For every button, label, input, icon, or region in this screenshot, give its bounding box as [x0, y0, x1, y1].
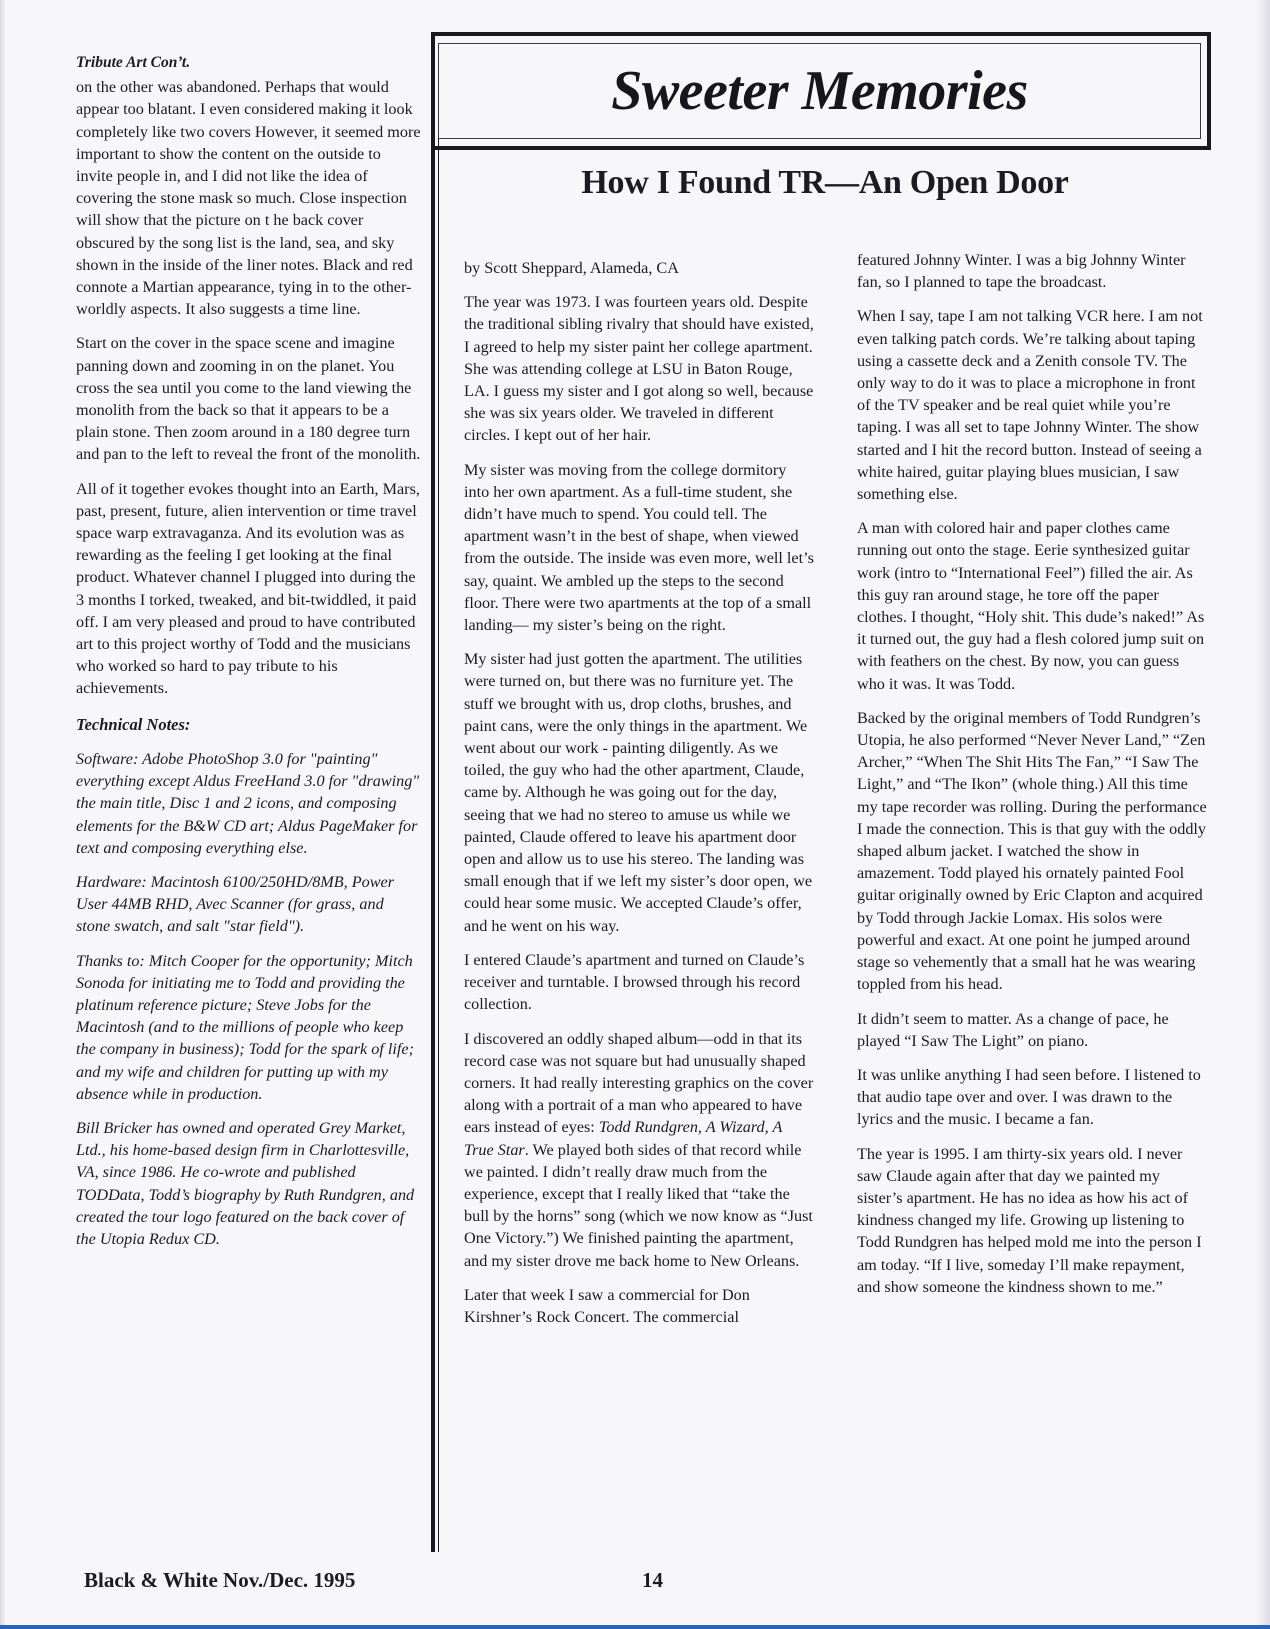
left-paragraph: Start on the cover in the space scene an… [76, 332, 421, 465]
album-text-after: . We played both sides of that record wh… [464, 1141, 813, 1270]
continued-kicker: Tribute Art Con’t. [76, 52, 421, 74]
byline: by Scott Sheppard, Alameda, CA [464, 257, 814, 279]
article-paragraph: The year is 1995. I am thirty-six years … [857, 1143, 1207, 1298]
frame-rule-thin [438, 46, 439, 1552]
left-paragraph: All of it together evokes thought into a… [76, 478, 421, 700]
article-paragraph: It didn’t seem to matter. As a change of… [857, 1008, 1207, 1052]
article-paragraph: The year was 1973. I was fourteen years … [464, 291, 814, 446]
page-edge-right [1256, 0, 1270, 1629]
section-title-inner: Sweeter Memories [438, 43, 1201, 139]
article-title: How I Found TR—An Open Door [440, 164, 1210, 202]
bottom-edge-strip [0, 1625, 1270, 1629]
section-title-box: Sweeter Memories [431, 32, 1211, 150]
page-edge-left [0, 0, 6, 1629]
left-paragraph: on the other was abandoned. Perhaps that… [76, 76, 421, 320]
article-paragraph: I entered Claude’s apartment and turned … [464, 949, 814, 1016]
article-paragraph: My sister had just gotten the apartment.… [464, 648, 814, 937]
article-paragraph: A man with colored hair and paper clothe… [857, 517, 1207, 695]
article-paragraph: My sister was moving from the college do… [464, 459, 814, 637]
frame-rule-thick [431, 32, 435, 1552]
article-paragraph: Later that week I saw a commercial for D… [464, 1284, 814, 1328]
article-paragraph-album: I discovered an oddly shaped album—odd i… [464, 1028, 814, 1272]
technical-notes-heading: Technical Notes: [76, 714, 421, 736]
article-paragraph: It was unlike anything I had seen before… [857, 1064, 1207, 1131]
article-paragraph: When I say, tape I am not talking VCR he… [857, 305, 1207, 505]
article-column-middle: by Scott Sheppard, Alameda, CA The year … [464, 257, 814, 1340]
software-note: Software: Adobe PhotoShop 3.0 for "paint… [76, 748, 421, 859]
left-column-tribute-art: Tribute Art Con’t. on the other was aban… [76, 52, 421, 1262]
article-paragraph: Backed by the original members of Todd R… [857, 707, 1207, 996]
page-number: 14 [642, 1568, 663, 1593]
article-column-right: featured Johnny Winter. I was a big John… [857, 249, 1207, 1310]
section-title: Sweeter Memories [611, 59, 1028, 123]
thanks-note: Thanks to: Mitch Cooper for the opportun… [76, 950, 421, 1105]
publication-footer: Black & White Nov./Dec. 1995 [84, 1568, 355, 1593]
article-paragraph: featured Johnny Winter. I was a big John… [857, 249, 1207, 293]
hardware-note: Hardware: Macintosh 6100/250HD/8MB, Powe… [76, 871, 421, 938]
author-bio: Bill Bricker has owned and operated Grey… [76, 1117, 421, 1250]
